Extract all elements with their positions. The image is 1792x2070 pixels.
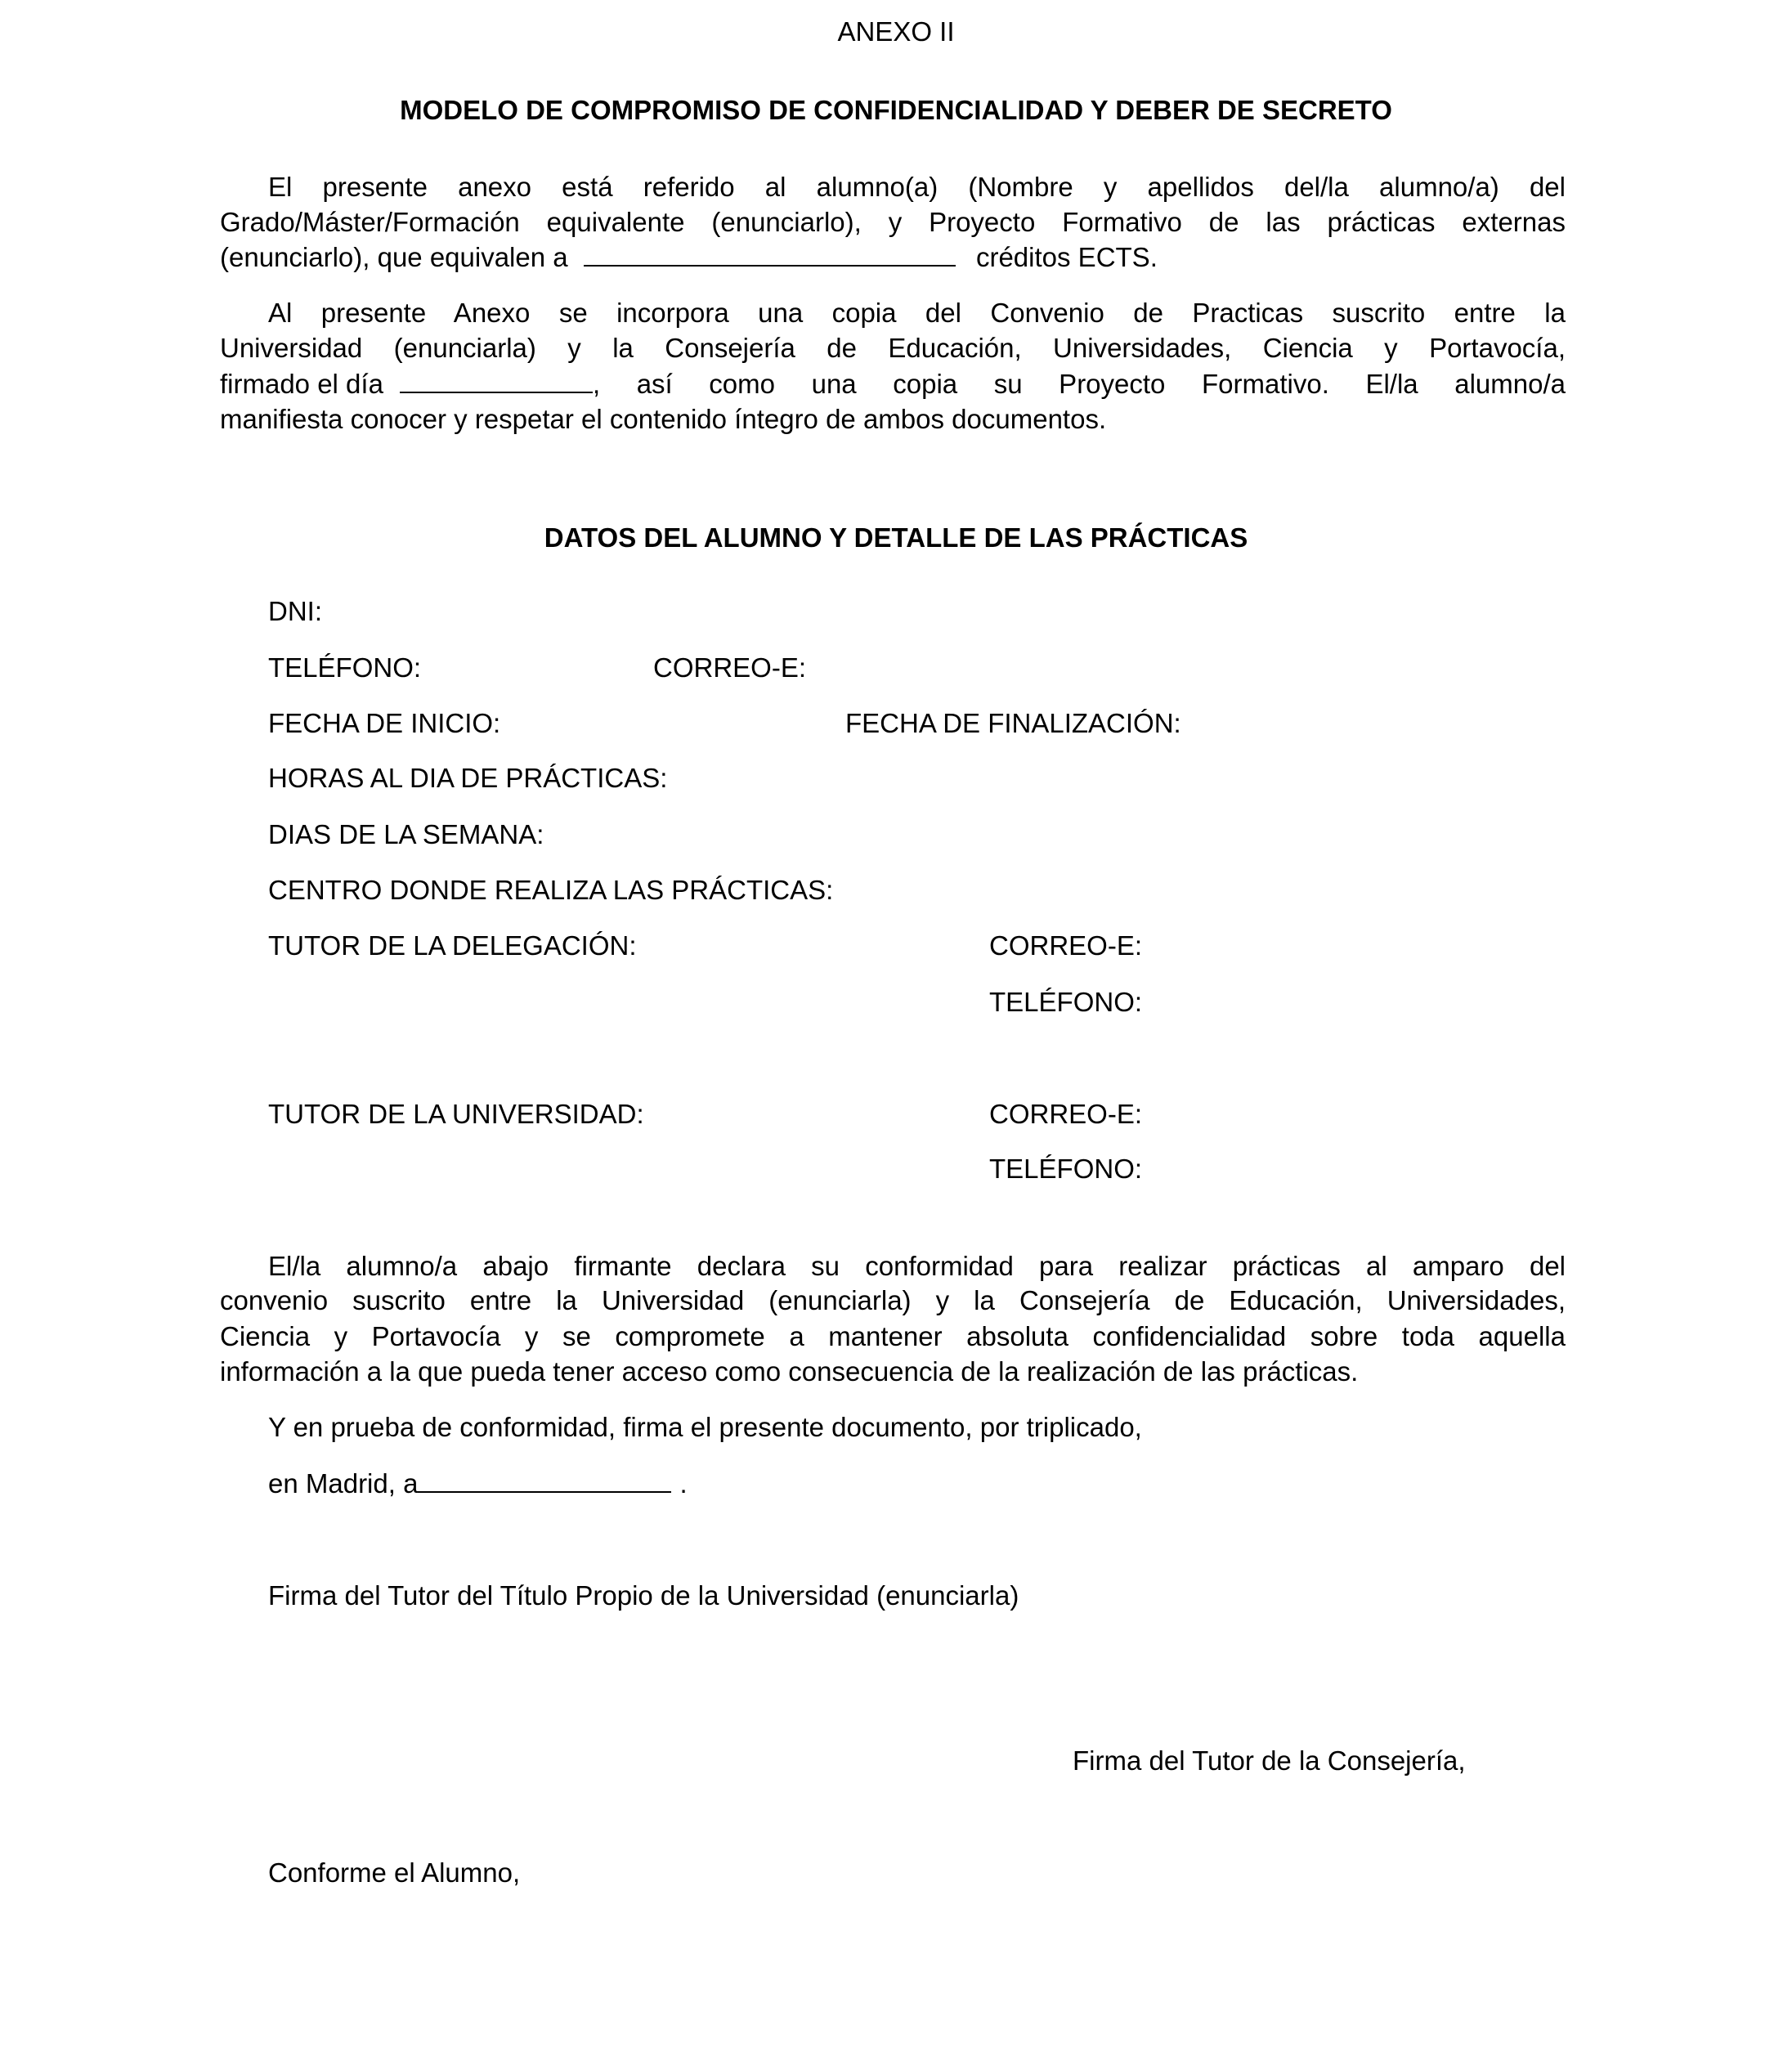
intro-p2-line-3-text: firmado el día (220, 370, 383, 397)
field-tutor-delegacion: TUTOR DE LA DELEGACIÓN: (268, 932, 637, 959)
conformity-statement: Y en prueba de conformidad, firma el pre… (268, 1414, 1142, 1440)
annex-label: ANEXO II (0, 18, 1792, 45)
intro-p2-line-1: Al presente Anexo se incorpora una copia… (268, 299, 1566, 326)
agreement-date-blank (400, 370, 593, 393)
intro-p1-line-1: El presente anexo está referido al alumn… (268, 173, 1566, 200)
field-tutor-universidad-correo: CORREO-E: (989, 1100, 1142, 1127)
declaration-line-4: información a la que pueda tener acceso … (220, 1358, 1566, 1385)
field-fecha-inicio: FECHA DE INICIO: (268, 710, 500, 737)
place-date-text: en Madrid, a (268, 1468, 418, 1499)
signature-university-tutor: Firma del Tutor del Título Propio de la … (268, 1582, 1019, 1609)
declaration-line-1: El/la alumno/a abajo firmante declara su… (268, 1252, 1566, 1279)
signature-student: Conforme el Alumno, (268, 1859, 520, 1886)
place-date-line: en Madrid, a. (268, 1470, 688, 1497)
intro-p2-line-3: firmado el día , así como una copia su P… (220, 370, 1566, 397)
intro-p2-line-3-suffix: , así como una copia su Proyecto Formati… (593, 370, 1566, 397)
intro-p2-line-4: manifiesta conocer y respetar el conteni… (220, 405, 1566, 432)
document-title: MODELO DE COMPROMISO DE CONFIDENCIALIDAD… (0, 96, 1792, 123)
declaration-line-2: convenio suscrito entre la Universidad (… (220, 1287, 1566, 1314)
declaration-line-3: Ciencia y Portavocía y se compromete a m… (220, 1323, 1566, 1350)
intro-p1-line-3: (enunciarlo), que equivalen a créditos E… (220, 244, 1158, 271)
field-dni: DNI: (268, 598, 322, 625)
place-date-period: . (679, 1468, 687, 1499)
date-blank (418, 1470, 671, 1493)
field-correo: CORREO-E: (653, 654, 806, 681)
intro-p1-line-3-suffix: créditos ECTS. (976, 242, 1158, 272)
intro-p2-line-2: Universidad (enunciarla) y la Consejería… (220, 334, 1566, 361)
signature-consejeria-tutor: Firma del Tutor de la Consejería, (1073, 1747, 1466, 1774)
section-title: DATOS DEL ALUMNO Y DETALLE DE LAS PRÁCTI… (0, 524, 1792, 551)
intro-p1-line-3-text: (enunciarlo), que equivalen a (220, 242, 568, 272)
field-tutor-universidad-telefono: TELÉFONO: (989, 1155, 1142, 1182)
field-dias: DIAS DE LA SEMANA: (268, 821, 544, 848)
field-telefono: TELÉFONO: (268, 654, 421, 681)
field-centro: CENTRO DONDE REALIZA LAS PRÁCTICAS: (268, 876, 833, 903)
ects-credits-blank (584, 244, 956, 267)
field-tutor-delegacion-telefono: TELÉFONO: (989, 988, 1142, 1015)
field-fecha-finalizacion: FECHA DE FINALIZACIÓN: (845, 710, 1181, 737)
intro-p1-line-2: Grado/Máster/Formación equivalente (enun… (220, 208, 1566, 235)
field-tutor-delegacion-correo: CORREO-E: (989, 932, 1142, 959)
field-tutor-universidad: TUTOR DE LA UNIVERSIDAD: (268, 1100, 644, 1127)
field-horas: HORAS AL DIA DE PRÁCTICAS: (268, 764, 667, 791)
